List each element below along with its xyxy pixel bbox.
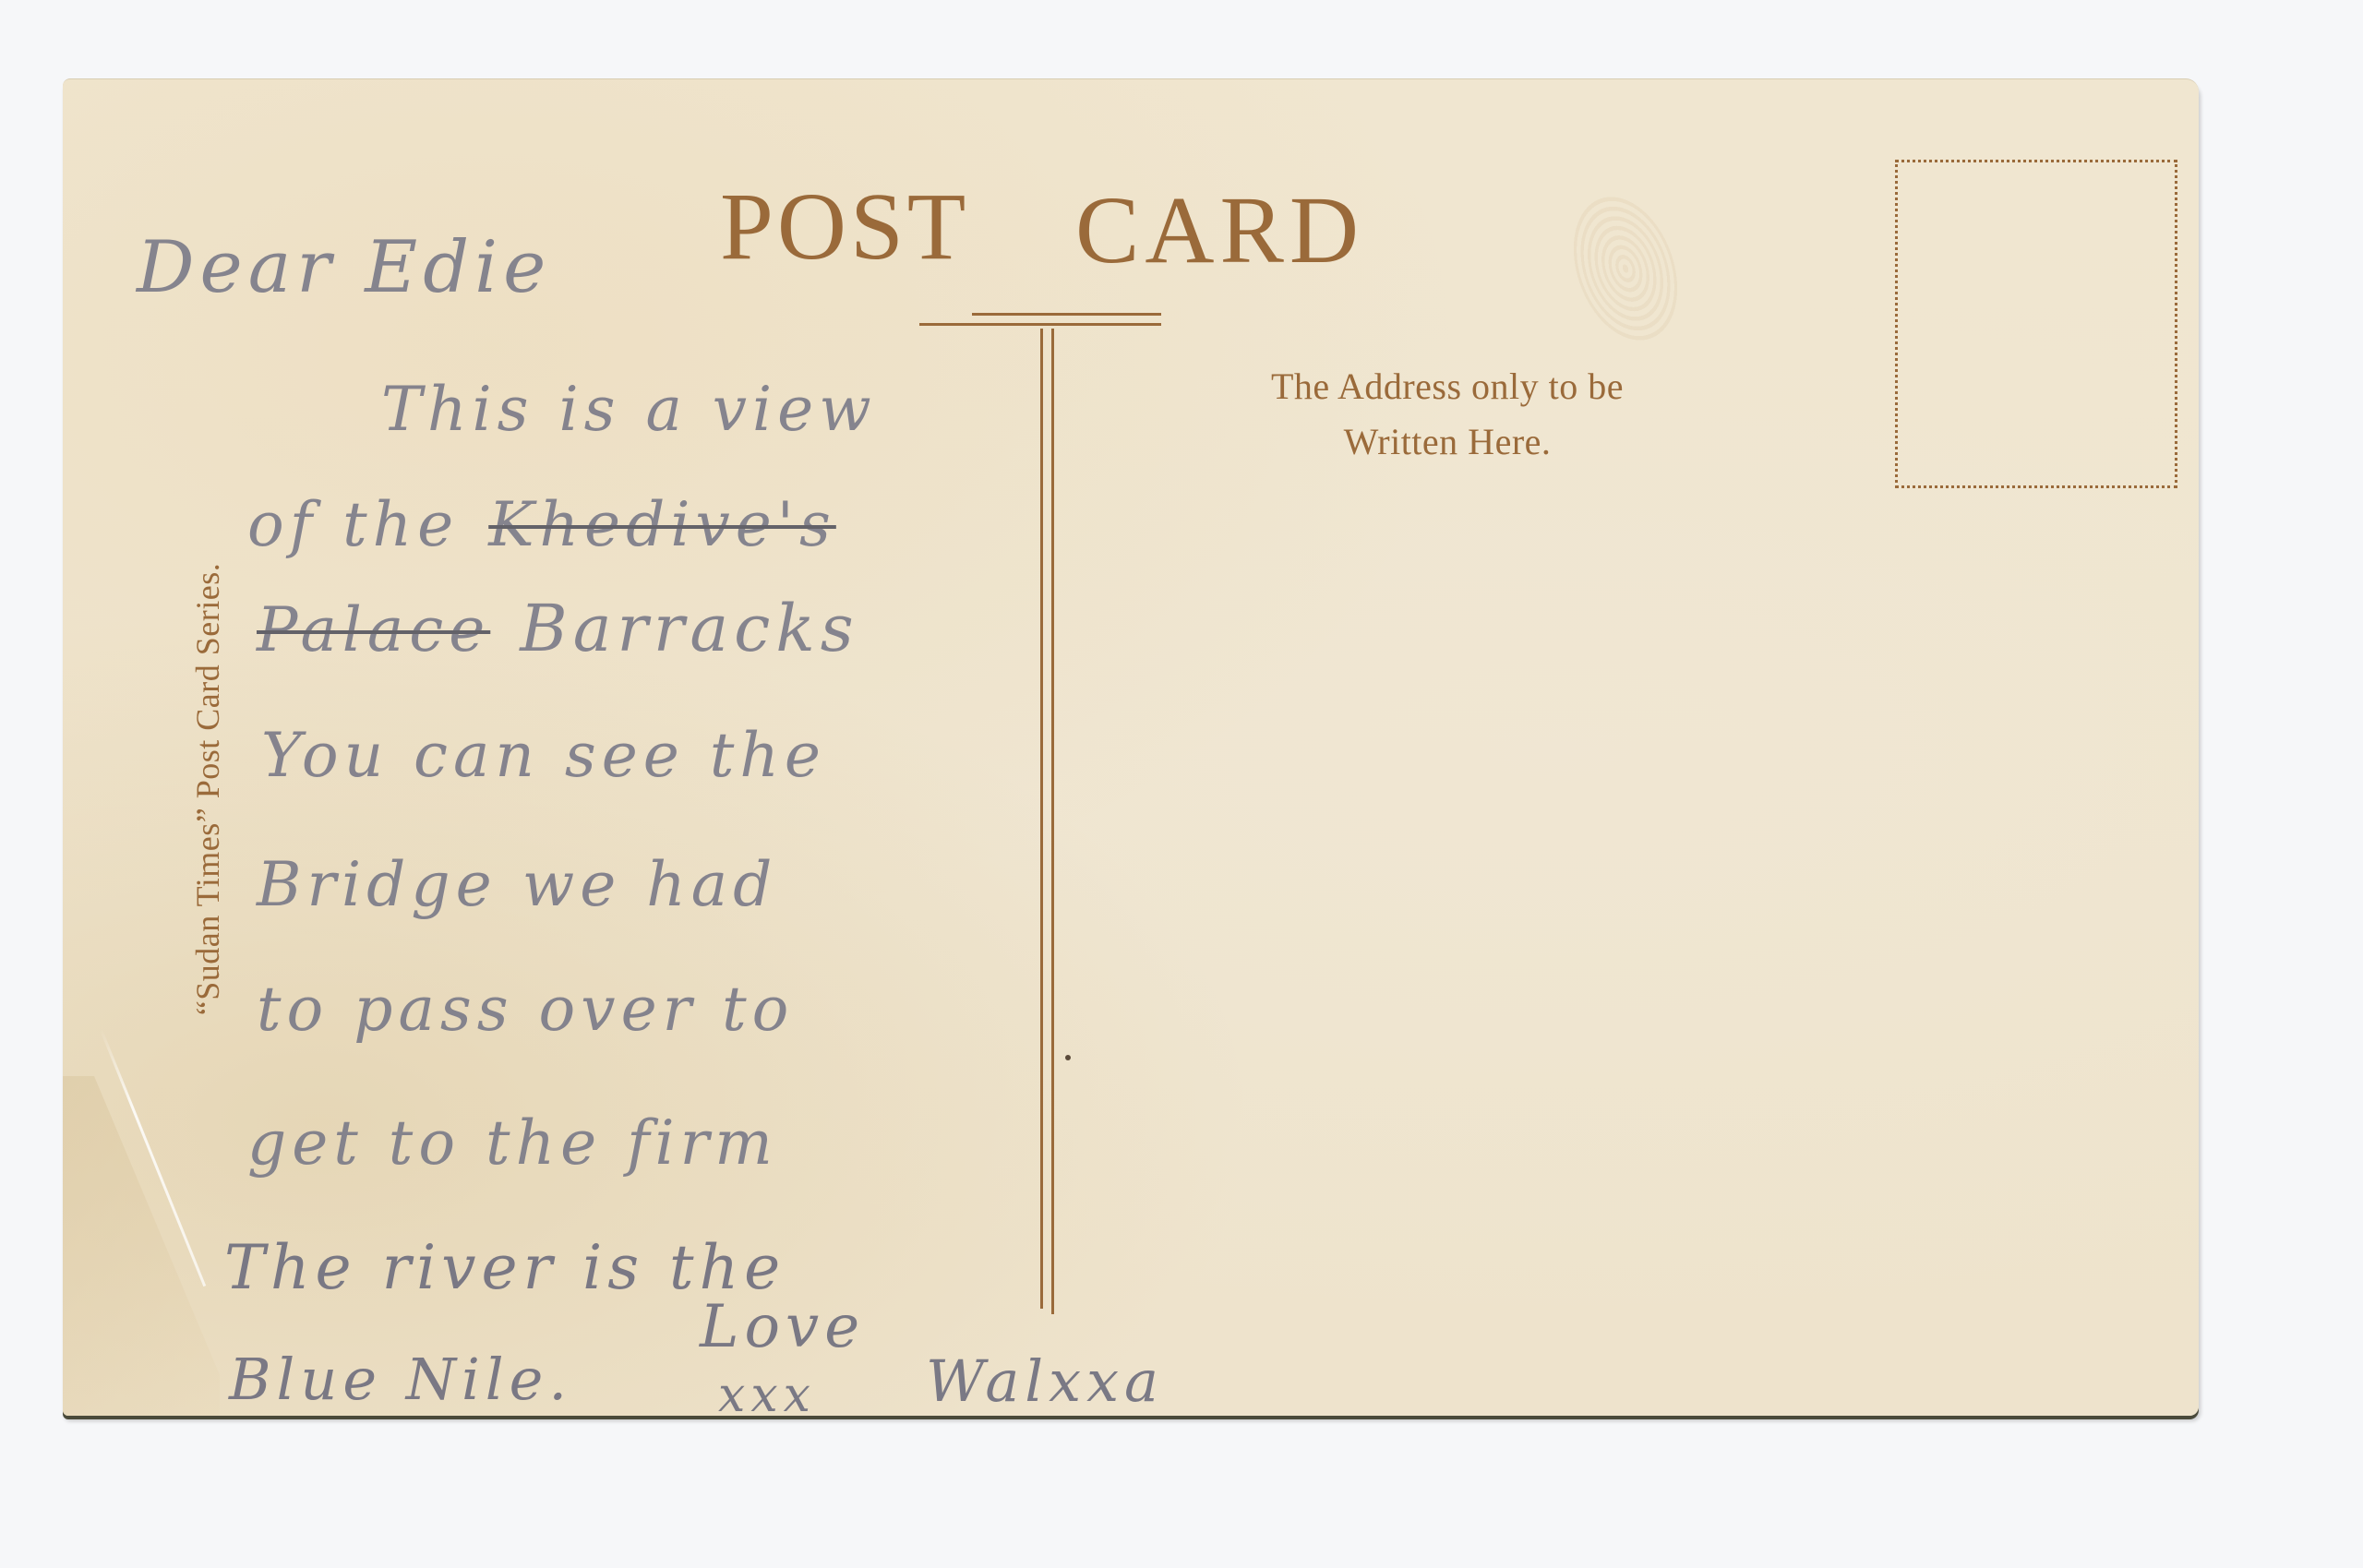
message-line-6: to pass over to [257,979,794,1040]
divider-vertical-left [1040,329,1043,1309]
message-line-2-struck-word: Khedive's [488,495,836,556]
message-line-7: get to the firm [247,1113,778,1174]
message-line-3: Palace Barracks [257,596,885,661]
message-closing: Love [700,1298,865,1357]
heading-post: POST [720,179,969,275]
postcard: POST CARD The Address only to be Written… [63,78,2199,1416]
address-instruction-line-2: Written Here. [1115,414,1780,470]
message-line-8: The river is the [224,1238,786,1299]
message-line-9: Blue Nile. [229,1351,572,1408]
divider-top-rule-upper [972,313,1161,316]
message-greeting: Dear Edie [137,232,551,304]
message-line-1: This is a view [381,379,877,440]
fingerprint-smudge [1551,177,1700,359]
message-signature: Walxxa [926,1353,1164,1410]
address-instruction: The Address only to be Written Here. [1115,359,1780,470]
message-kisses: xxx [718,1371,816,1416]
message-line-5: Bridge we had [257,855,777,916]
message-line-2: of the Khedive's [247,495,862,556]
message-line-3-struck-word: Palace [257,600,490,661]
message-line-2-part-1: of the [247,495,459,556]
heading-card: CARD [1075,183,1364,279]
series-label: “Sudan Times” Post Card Series. [188,563,227,1016]
message-line-3-part-2: Barracks [520,596,858,661]
divider-vertical-right [1051,329,1054,1314]
message-line-4: You can see the [261,725,826,786]
address-instruction-line-1: The Address only to be [1115,359,1780,414]
ink-speck [1065,1055,1071,1060]
scanner-background: POST CARD The Address only to be Written… [0,0,2363,1568]
divider-top-rule-lower [919,323,1161,326]
stamp-box [1895,160,2177,488]
